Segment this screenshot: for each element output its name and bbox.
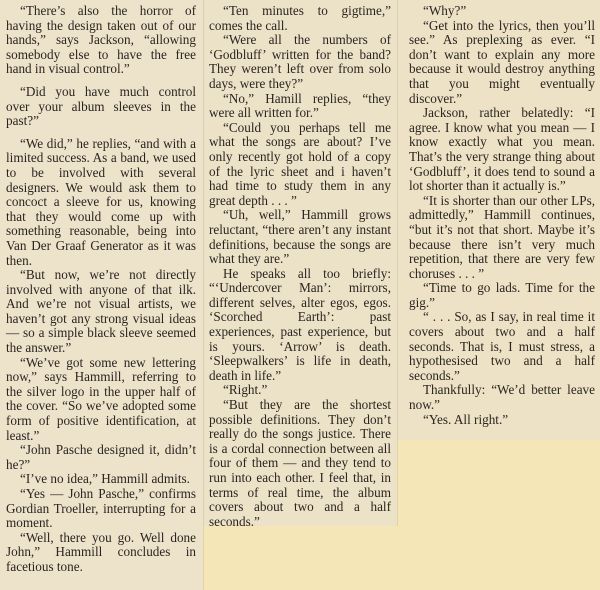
paragraph: “Uh, well,” Hammill grows reluctant, “th… <box>209 208 391 266</box>
paragraph: Thankfully: “We’d better leave now.” <box>409 383 595 412</box>
paragraph: He speaks all too briefly: “‘Undercover … <box>209 267 391 384</box>
paragraph: “There’s also the horror of having the d… <box>6 4 196 77</box>
paragraph: “Could you perhaps tell me what the song… <box>209 121 391 209</box>
paragraph: “Time to go lads. Time for the gig.” <box>409 281 595 310</box>
paragraph: “Ten minutes to gigtime,” comes the call… <box>209 4 391 33</box>
paragraph: “John Pasche designed it, didn’t he?” <box>6 443 196 472</box>
paragraph: “We’ve got some new lettering now,” says… <box>6 356 196 444</box>
column-divider <box>203 0 204 590</box>
paragraph: “Yes — John Pasche,” confirms Gordian Tr… <box>6 487 196 531</box>
paragraph: “Get into the lyrics, then you’ll see.” … <box>409 19 595 107</box>
newspaper-clipping: “There’s also the horror of having the d… <box>0 0 600 590</box>
paragraph: “It is shorter than our other LPs, admit… <box>409 194 595 282</box>
paragraph: “I’ve no idea,” Hammill admits. <box>6 472 196 487</box>
paragraph: “But now, we’re not directly involved wi… <box>6 268 196 356</box>
paragraph: “ . . . So, as I say, in real time it co… <box>409 310 595 383</box>
paragraph: “Yes. All right.” <box>409 413 595 428</box>
article-column-1: “There’s also the horror of having the d… <box>0 0 203 590</box>
paragraph: “No,” Hamill replies, “they were all wri… <box>209 92 391 121</box>
paragraph: “But they are the shortest possible defi… <box>209 398 391 529</box>
paragraph: “Were all the numbers of ‘Godbluff’ writ… <box>209 33 391 91</box>
paragraph: “Why?” <box>409 4 595 19</box>
paragraph: Jackson, rather belatedly: “I agree. I k… <box>409 106 595 194</box>
paragraph: “Well, there you go. Well done John,” Ha… <box>6 531 196 575</box>
paragraph: “Right.” <box>209 383 391 398</box>
article-column-2: “Ten minutes to gigtime,” comes the call… <box>203 0 397 526</box>
paragraph: “Did you have much control over your alb… <box>6 85 196 129</box>
paragraph: “We did,” he replies, “and with a limite… <box>6 137 196 268</box>
column-divider <box>397 0 398 526</box>
article-column-3: “Why?” “Get into the lyrics, then you’ll… <box>397 0 600 440</box>
